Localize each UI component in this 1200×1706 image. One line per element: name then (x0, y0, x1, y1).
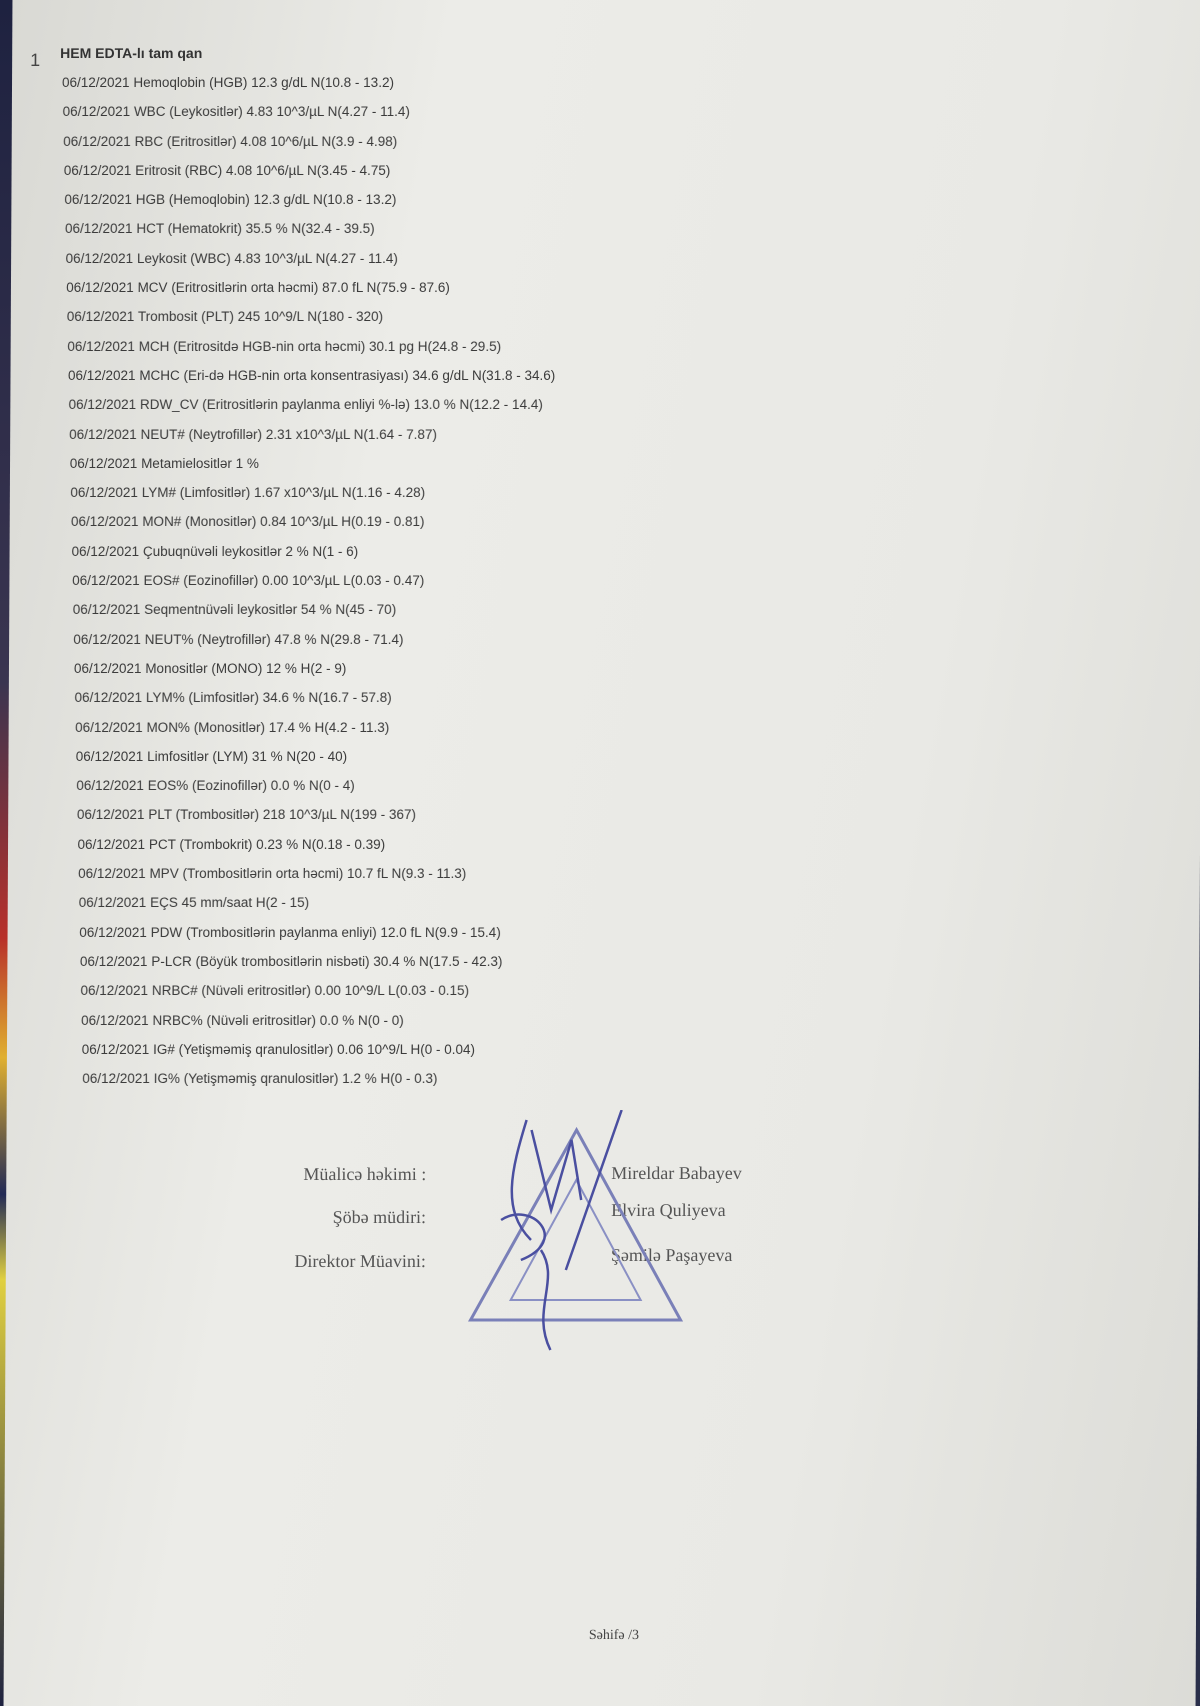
result-row: 06/12/2021 RBC (Eritrositlər) 4.08 10^6/… (63, 127, 556, 156)
signature-role-2: Şöbə müdiri: (226, 1207, 426, 1228)
result-row: 06/12/2021 Leykosit (WBC) 4.83 10^3/µL N… (66, 244, 556, 273)
result-row: 06/12/2021 LYM% (Limfositlər) 34.6 % N(1… (74, 683, 553, 712)
result-row: 06/12/2021 Limfositlər (LYM) 31 % N(20 -… (76, 742, 554, 771)
result-row: 06/12/2021 Trombosit (PLT) 245 10^9/L N(… (67, 302, 556, 331)
result-row: 06/12/2021 MCV (Eritrositlərin orta həcm… (66, 273, 556, 302)
result-row: 06/12/2021 MCHC (Eri-də HGB-nin orta kon… (68, 361, 555, 390)
result-row: 06/12/2021 Hemoqlobin (HGB) 12.3 g/dL N(… (62, 68, 557, 97)
result-row: 06/12/2021 Seqmentnüvəli leykositlər 54 … (73, 595, 554, 624)
result-row: 06/12/2021 Çubuqnüvəli leykositlər 2 % N… (72, 537, 555, 566)
result-row: 06/12/2021 NEUT% (Neytrofillər) 47.8 % N… (73, 625, 554, 654)
result-row: 06/12/2021 P-LCR (Böyük trombositlərin n… (80, 947, 552, 976)
section-title: HEM EDTA-lı tam qan (60, 45, 202, 61)
result-row: 06/12/2021 HGB (Hemoqlobin) 12.3 g/dL N(… (64, 185, 556, 214)
stamp-and-signature-icon (460, 1110, 691, 1360)
result-row: 06/12/2021 Metamielositlər 1 % (70, 449, 555, 478)
signature-role-3: Direktor Müavini: (226, 1251, 426, 1272)
result-row: 06/12/2021 IG# (Yetişməmiş qranulositlər… (82, 1035, 552, 1064)
result-row: 06/12/2021 EOS% (Eozinofillər) 0.0 % N(0… (76, 771, 553, 800)
result-row: 06/12/2021 EOS# (Eozinofillər) 0.00 10^3… (72, 566, 554, 595)
result-row: 06/12/2021 MON% (Monositlər) 17.4 % H(4.… (75, 713, 553, 742)
result-row: 06/12/2021 Eritrosit (RBC) 4.08 10^6/µL … (64, 156, 557, 185)
page-marker: 1 (30, 50, 40, 71)
result-row: 06/12/2021 Monositlər (MONO) 12 % H(2 - … (74, 654, 554, 683)
result-row: 06/12/2021 MCH (Eritrositdə HGB-nin orta… (67, 332, 555, 361)
lab-report-page: 1 HEM EDTA-lı tam qan 06/12/2021 Hemoqlo… (4, 0, 1200, 1706)
signature-role-1: Müalicə həkimi : (226, 1164, 426, 1185)
result-row: 06/12/2021 WBC (Leykositlər) 4.83 10^3/µ… (63, 97, 557, 126)
result-row: 06/12/2021 NRBC# (Nüvəli eritrositlər) 0… (80, 976, 552, 1005)
result-row: 06/12/2021 NEUT# (Neytrofillər) 2.31 x10… (69, 420, 555, 449)
result-row: 06/12/2021 IG% (Yetişməmiş qranulositlər… (82, 1064, 551, 1093)
page-number: Səhifə /3 (589, 1628, 639, 1644)
result-row: 06/12/2021 MPV (Trombositlərin orta həcm… (78, 859, 553, 888)
result-row: 06/12/2021 EÇS 45 mm/saat H(2 - 15) (79, 888, 553, 917)
result-row: 06/12/2021 PLT (Trombositlər) 218 10^3/µ… (77, 800, 553, 829)
result-row: 06/12/2021 MON# (Monositlər) 0.84 10^3/µ… (71, 507, 555, 536)
result-row: 06/12/2021 LYM# (Limfositlər) 1.67 x10^3… (70, 478, 554, 507)
result-row: 06/12/2021 PDW (Trombositlərin paylanma … (79, 918, 552, 947)
result-row: 06/12/2021 PCT (Trombokrit) 0.23 % N(0.1… (77, 830, 552, 859)
result-row: 06/12/2021 NRBC% (Nüvəli eritrositlər) 0… (81, 1006, 552, 1035)
results-list: 06/12/2021 Hemoqlobin (HGB) 12.3 g/dL N(… (57, 68, 557, 1093)
result-row: 06/12/2021 HCT (Hematokrit) 35.5 % N(32.… (65, 214, 556, 243)
result-row: 06/12/2021 RDW_CV (Eritrositlərin paylan… (69, 390, 556, 419)
